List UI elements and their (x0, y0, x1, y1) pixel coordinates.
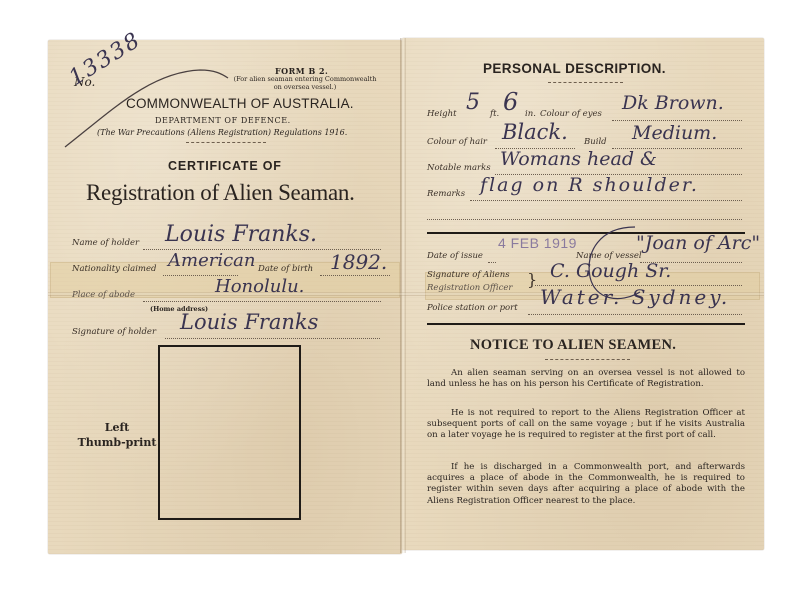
remarks-label: Remarks (427, 189, 465, 199)
abode-label: Place of abode (72, 290, 135, 300)
inches-unit: in. (525, 109, 536, 119)
date-line (488, 262, 496, 263)
department: DEPARTMENT OF DEFENCE. (155, 116, 291, 125)
eyes-value: Dk Brown. (622, 92, 724, 114)
eyes-label: Colour of eyes (540, 109, 602, 119)
dob-line (320, 275, 390, 276)
certificate-of-label: CERTIFICATE OF (168, 159, 282, 173)
remarks-value: flag on R shoulder. (480, 174, 699, 196)
marks-label: Notable marks (427, 163, 491, 173)
officer-label-line2: Registration Officer (427, 283, 513, 293)
thumbprint-label: Left Thumb-print (72, 420, 162, 450)
police-value: Water. Sydney. (540, 285, 730, 309)
height-inches-value: 6 (503, 88, 518, 116)
date-stamp: 4 FEB 1919 (498, 235, 577, 251)
police-line (528, 314, 742, 315)
notice-title: NOTICE TO ALIEN SEAMEN. (470, 337, 676, 354)
police-label: Police station or port (427, 303, 518, 313)
personal-description-title: PERSONAL DESCRIPTION. (483, 61, 666, 76)
height-feet-value: 5 (466, 90, 480, 115)
thumbprint-box (158, 345, 301, 520)
signature-line (165, 338, 380, 339)
issuer-heading: COMMONWEALTH OF AUSTRALIA. (126, 96, 354, 111)
section-rule-bottom (427, 323, 745, 325)
officer-label-line1: Signature of Aliens (427, 270, 510, 280)
thumbprint-label-line2: Thumb-print (72, 435, 162, 450)
notice-paragraph-1: An alien seaman serving on an oversea ve… (427, 368, 745, 390)
holder-signature: Louis Franks (180, 310, 318, 334)
form-note-line2: on oversea vessel.) (220, 83, 390, 91)
notice-paragraph-2: He is not required to report to the Alie… (427, 408, 745, 442)
vessel-value: "Joan of Arc" (636, 232, 760, 254)
name-label: Name of holder (72, 238, 139, 248)
certificate-title: Registration of Alien Seaman. (86, 180, 355, 206)
hair-label: Colour of hair (427, 137, 487, 147)
name-value: Louis Franks. (165, 222, 317, 247)
dob-label: Date of birth (258, 264, 313, 274)
thumbprint-label-line1: Left (72, 420, 162, 435)
marks-value: Womans head & (500, 148, 657, 170)
remarks-line (470, 200, 742, 201)
ornament-divider (545, 359, 630, 362)
ornament-divider (186, 142, 266, 146)
feet-unit: ft. (490, 109, 499, 119)
ornament-divider (548, 82, 623, 85)
eyes-line (612, 120, 742, 121)
build-value: Medium. (632, 122, 717, 144)
brace: } (527, 270, 537, 289)
nationality-label: Nationality claimed (72, 264, 156, 274)
height-label: Height (427, 109, 457, 119)
blank-line (427, 219, 742, 220)
form-note-line1: (For alien seaman entering Commonwealth (220, 75, 390, 83)
dob-value: 1892. (330, 250, 387, 274)
signature-label: Signature of holder (72, 327, 156, 337)
form-note: (For alien seaman entering Commonwealth … (220, 75, 390, 91)
regulations: (The War Precautions (Aliens Registratio… (97, 128, 347, 137)
date-of-issue-label: Date of issue (427, 251, 483, 261)
build-label: Build (584, 137, 607, 147)
abode-value: Honolulu. (215, 276, 304, 297)
abode-line (143, 301, 381, 302)
notice-paragraph-3: If he is discharged in a Commonwealth po… (427, 462, 745, 507)
hair-value: Black. (502, 120, 568, 144)
nationality-value: American (168, 250, 256, 271)
